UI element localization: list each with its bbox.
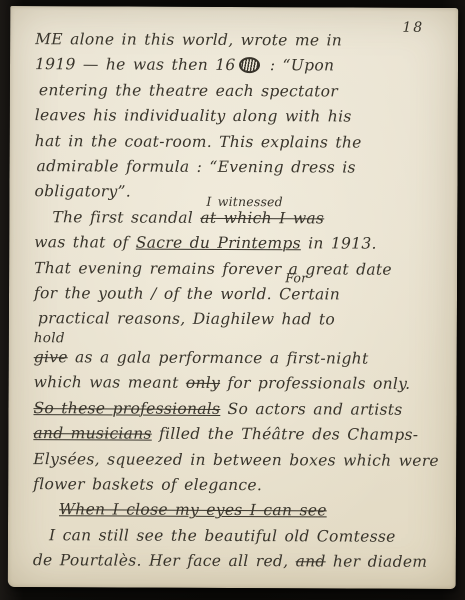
- manuscript-line: de Pourtalès. Her face all red, and her …: [33, 548, 444, 575]
- struck-text: at which I wasI witnessed: [200, 209, 324, 228]
- manuscript-line: The first scandal at which I wasI witnes…: [52, 205, 445, 232]
- text-segment: de Pourtalès. Her face all red,: [33, 551, 296, 570]
- manuscript-text: ME alone in this world, wrote me in1919 …: [33, 27, 446, 575]
- text-segment: Elysées, squeezed in between boxes which…: [33, 450, 439, 470]
- text-segment: : “Upon: [263, 57, 335, 75]
- manuscript-line: give as a gala performance a first-night: [34, 345, 445, 372]
- struck-text: only: [186, 374, 220, 392]
- underlined-text: Sacre du Printemps: [136, 234, 301, 253]
- inserted-text: I witnessed: [206, 196, 283, 208]
- manuscript-line: That evening remains forever a great dat…: [34, 256, 445, 283]
- manuscript-line: hat in the coat-room. This explains the: [35, 129, 446, 156]
- text-segment: for the youth / of the world.: [34, 284, 279, 303]
- manuscript-line: entering the theatre each spectator: [39, 78, 446, 105]
- manuscript-line: practical reasons, Diaghilew had to: [38, 307, 445, 334]
- text-segment: CertainFor: [279, 285, 340, 303]
- manuscript-line: Elysées, squeezed in between boxes which…: [33, 447, 444, 474]
- text-segment: as a gala performance a first-night: [68, 348, 369, 367]
- struck-text: and: [296, 552, 326, 570]
- struck-text: So these professionals: [33, 399, 220, 418]
- text-segment: I can still see the beautiful old Comtes…: [49, 526, 396, 546]
- manuscript-line: was that of Sacre du Printemps in 1913.: [34, 230, 445, 257]
- text-segment: in 1913.: [301, 235, 377, 253]
- text-segment: which was meant: [34, 373, 186, 392]
- manuscript-line: and musicians filled the Théâtre des Cha…: [33, 421, 444, 448]
- struck-text: and musicians: [33, 424, 151, 443]
- inserted-text: For: [285, 272, 307, 284]
- manuscript-line: So these professionals So actors and art…: [33, 396, 444, 423]
- manuscript-page: 18 ME alone in this world, wrote me in19…: [8, 6, 459, 589]
- scribbled-out-number-icon: [239, 57, 260, 73]
- text-segment: practical reasons, Diaghilew had to: [38, 310, 335, 329]
- struck-text: give: [34, 348, 68, 366]
- manuscript-line: admirable formula : “Evening dress is: [37, 154, 446, 181]
- text-segment: 1919 — he was then 16: [35, 56, 236, 75]
- text-segment: leaves his individuality along with his: [35, 106, 352, 125]
- text-segment: filled the Théâtre des Champs-: [152, 425, 419, 444]
- text-segment: ME alone in this world, wrote me in: [35, 30, 342, 49]
- photo-background: 18 ME alone in this world, wrote me in19…: [0, 0, 465, 600]
- text-segment: obligatory”.: [34, 183, 131, 201]
- text-segment: hat in the coat-room. This explains the: [35, 132, 362, 151]
- text-segment: hold: [34, 330, 65, 346]
- struck-text: When I close my eyes I can see: [59, 501, 327, 520]
- manuscript-line: flower baskets of elegance.: [33, 472, 444, 499]
- manuscript-line: 1919 — he was then 16 : “Upon: [35, 53, 446, 80]
- text-segment: for professionals only.: [220, 374, 410, 393]
- text-segment: admirable formula : “Evening dress is: [37, 157, 356, 176]
- text-segment: was that of: [34, 233, 136, 251]
- text-segment: entering the theatre each spectator: [39, 81, 338, 100]
- manuscript-line: for the youth / of the world. CertainFor: [34, 281, 445, 308]
- manuscript-line: ME alone in this world, wrote me in: [35, 27, 446, 54]
- text-segment: flower baskets of elegance.: [33, 475, 262, 494]
- manuscript-line: When I close my eyes I can see: [59, 498, 444, 525]
- text-segment: So actors and artists: [220, 400, 402, 419]
- manuscript-line: I can still see the beautiful old Comtes…: [49, 523, 444, 550]
- manuscript-line: leaves his individuality along with his: [35, 103, 446, 130]
- text-segment: That evening remains forever a great dat…: [34, 259, 392, 279]
- text-segment: her diadem: [326, 553, 428, 571]
- text-segment: The first scandal: [52, 208, 200, 227]
- manuscript-line: which was meant only for professionals o…: [34, 370, 445, 397]
